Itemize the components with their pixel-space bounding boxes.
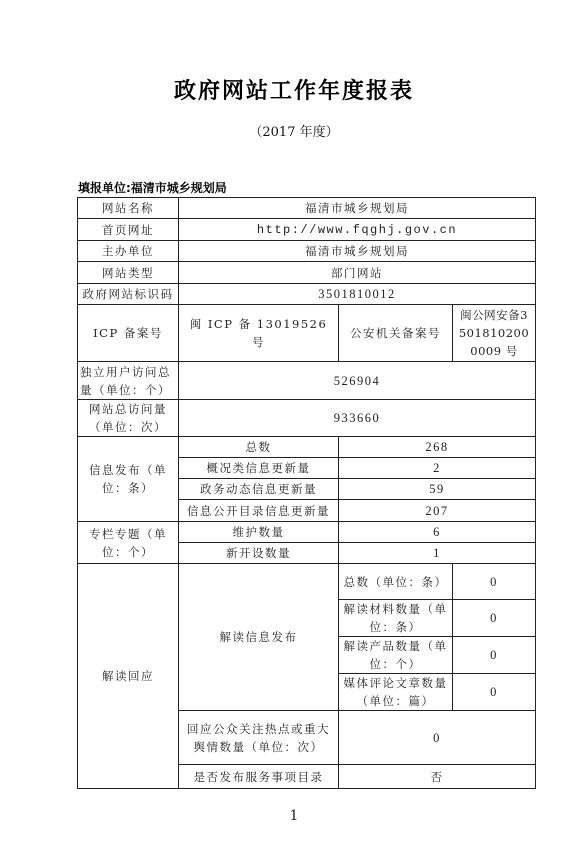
row-value: 1 xyxy=(339,543,536,564)
row-value: 3501810012 xyxy=(179,284,536,305)
row-label: 政务动态信息更新量 xyxy=(179,479,339,500)
row-value: 福清市城乡规划局 xyxy=(179,198,536,219)
row-label: 信息公开目录信息更新量 xyxy=(179,500,339,522)
icp-value: 闽 ICP 备 13019526 号 xyxy=(179,305,339,362)
row-value: 否 xyxy=(339,765,536,789)
row-label: 网站类型 xyxy=(78,262,179,284)
group-label: 解读回应 xyxy=(78,564,179,789)
row-value: 6 xyxy=(339,522,536,543)
table-row: 政府网站标识码 3501810012 xyxy=(78,284,536,305)
row-value: 59 xyxy=(339,479,536,500)
report-year: （2017 年度） xyxy=(0,121,588,140)
row-label: 独立用户访问总量（单位：个） xyxy=(78,362,179,400)
row-value: 0 xyxy=(339,711,536,765)
table-row: 解读回应 解读信息发布 总数（单位：条） 0 xyxy=(78,564,536,600)
row-value: 部门网站 xyxy=(179,262,536,284)
row-label: 解读材料数量（单位：条） xyxy=(339,600,453,637)
row-value: 2 xyxy=(339,458,536,479)
row-label: 解读产品数量（单位：个） xyxy=(339,637,453,674)
row-label: 回应公众关注热点或重大舆情数量（单位：次） xyxy=(179,711,339,765)
row-label: 主办单位 xyxy=(78,241,179,262)
police-value: 闽公网安备35018102000009 号 xyxy=(453,305,536,362)
row-value: 0 xyxy=(453,637,536,674)
row-label: 新开设数量 xyxy=(179,543,339,564)
row-value: 0 xyxy=(453,674,536,711)
page-title: 政府网站工作年度报表 xyxy=(0,74,588,105)
table-row: 网站类型 部门网站 xyxy=(78,262,536,284)
report-table: 网站名称 福清市城乡规划局 首页网址 http://www.fqghj.gov.… xyxy=(77,197,536,789)
page-number: 1 xyxy=(0,808,588,824)
row-label: 网站名称 xyxy=(78,198,179,219)
table-row: 专栏专题（单位：个） 维护数量 6 xyxy=(78,522,536,543)
row-label: 网站总访问量（单位：次） xyxy=(78,400,179,437)
homepage-link[interactable]: http://www.fqghj.gov.cn xyxy=(179,219,536,241)
row-label: ICP 备案号 xyxy=(78,305,179,362)
table-row: 网站总访问量（单位：次） 933660 xyxy=(78,400,536,437)
police-label: 公安机关备案号 xyxy=(339,305,453,362)
group-label: 信息发布（单位：条） xyxy=(78,437,179,522)
row-value: 268 xyxy=(339,437,536,458)
row-label: 媒体评论文章数量（单位：篇） xyxy=(339,674,453,711)
table-row: 主办单位 福清市城乡规划局 xyxy=(78,241,536,262)
row-value: 0 xyxy=(453,564,536,600)
row-label: 首页网址 xyxy=(78,219,179,241)
row-value: 526904 xyxy=(179,362,536,400)
table-row: 信息发布（单位：条） 总数 268 xyxy=(78,437,536,458)
row-value: 福清市城乡规划局 xyxy=(179,241,536,262)
row-value: 207 xyxy=(339,500,536,522)
table-row: 网站名称 福清市城乡规划局 xyxy=(78,198,536,219)
row-label: 政府网站标识码 xyxy=(78,284,179,305)
table-row: 独立用户访问总量（单位：个） 526904 xyxy=(78,362,536,400)
row-label: 总数 xyxy=(179,437,339,458)
row-value: 0 xyxy=(453,600,536,637)
row-label: 是否发布服务事项目录 xyxy=(179,765,339,789)
row-label: 概况类信息更新量 xyxy=(179,458,339,479)
row-value: 933660 xyxy=(179,400,536,437)
filler-unit: 填报单位:福清市城乡规划局 xyxy=(78,179,227,196)
row-label: 维护数量 xyxy=(179,522,339,543)
subgroup-label: 解读信息发布 xyxy=(179,564,339,711)
table-row: 首页网址 http://www.fqghj.gov.cn xyxy=(78,219,536,241)
table-row: ICP 备案号 闽 ICP 备 13019526 号 公安机关备案号 闽公网安备… xyxy=(78,305,536,362)
row-label: 总数（单位：条） xyxy=(339,564,453,600)
group-label: 专栏专题（单位：个） xyxy=(78,522,179,564)
